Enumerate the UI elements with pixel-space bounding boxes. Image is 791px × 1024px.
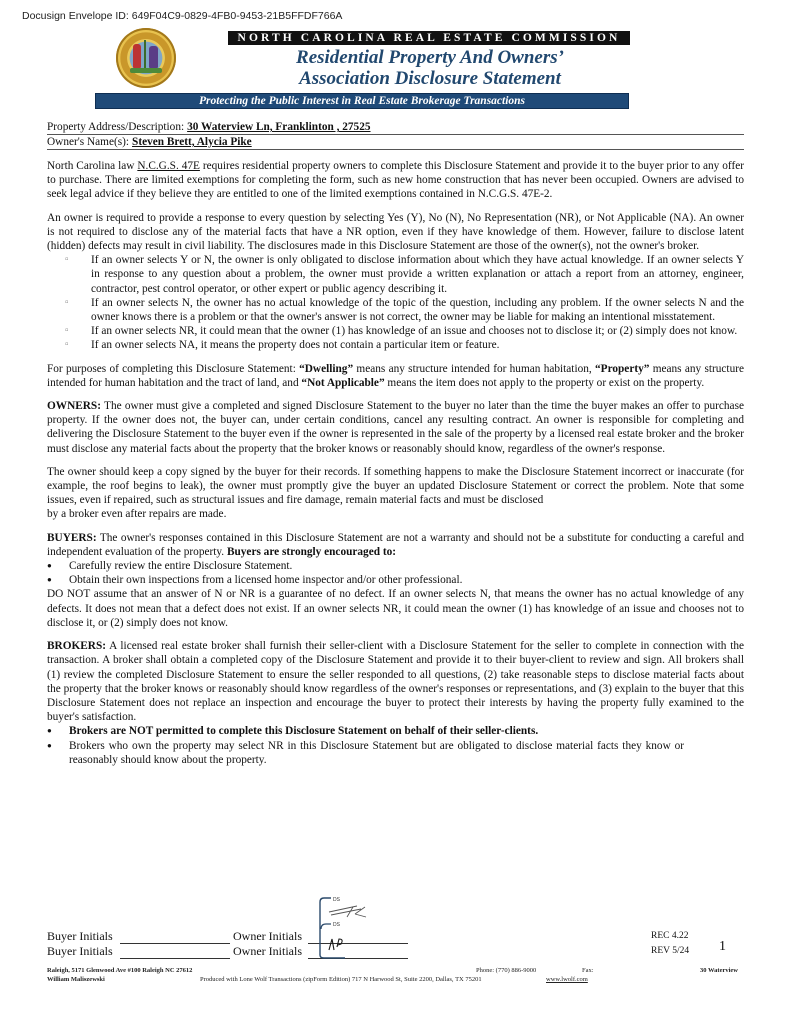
buyers-encourage: Buyers are strongly encouraged to:	[227, 546, 396, 558]
footer-file-name: 30 Waterview	[700, 967, 738, 976]
footer-agent: William Maliszewski	[47, 976, 105, 985]
owners-heading: OWNERS:	[47, 400, 101, 412]
intro-text: North Carolina law	[47, 160, 137, 172]
list-item: Brokers are NOT permitted to complete th…	[69, 724, 744, 738]
list-item: If an owner selects NR, it could mean th…	[91, 324, 744, 338]
brokers-paragraph: BROKERS: A licensed real estate broker s…	[47, 639, 744, 724]
owners-paragraph: OWNERS: The owner must give a completed …	[47, 399, 744, 456]
owners-copy-paragraph: The owner should keep a copy signed by t…	[47, 465, 744, 508]
list-item: If an owner selects Y or N, the owner is…	[91, 253, 744, 296]
form-revision: REC 4.22 REV 5/24	[651, 929, 689, 959]
tagline-banner: Protecting the Public Interest in Real E…	[95, 93, 629, 109]
footer-office: Raleigh, 5171 Glenwood Ave #100 Raleigh …	[47, 967, 192, 976]
def-term-dwelling: “Dwelling”	[299, 363, 353, 375]
def-term-na: “Not Applicable”	[301, 377, 384, 389]
property-address-value[interactable]: 30 Waterview Ln, Franklinton , 27525	[187, 120, 370, 134]
brokers-heading: BROKERS:	[47, 640, 106, 652]
response-bullets: If an owner selects Y or N, the owner is…	[47, 253, 744, 352]
def-text: means the item does not apply to the pro…	[385, 377, 705, 389]
footer-produced: Produced with Lone Wolf Transactions (zi…	[200, 976, 482, 985]
buyers-paragraph: BUYERS: The owner's responses contained …	[47, 531, 744, 559]
list-item: If an owner selects N, the owner has no …	[91, 296, 744, 324]
buyer-initials-field-1[interactable]	[120, 931, 230, 944]
owners-copy-paragraph-end: by a broker even after repairs are made.	[47, 507, 744, 521]
owner-initials-label: Owner Initials	[233, 944, 306, 959]
owners-name-field[interactable]: Owner's Name(s): Steven Brett, Alycia Pi…	[47, 135, 744, 150]
brokers-bullets: Brokers are NOT permitted to complete th…	[47, 724, 744, 767]
footer-fax: Fax:	[582, 967, 594, 976]
nc-seal-icon	[116, 28, 176, 88]
definitions-paragraph: For purposes of completing this Disclosu…	[47, 362, 744, 390]
rec-code: REC 4.22	[651, 929, 689, 944]
list-item: If an owner selects NA, it means the pro…	[91, 338, 744, 352]
property-address-label: Property Address/Description:	[47, 120, 184, 134]
list-item: Brokers who own the property may select …	[69, 739, 744, 767]
statute-link[interactable]: N.C.G.S. 47E	[137, 160, 200, 172]
buyer-initials-label: Buyer Initials	[47, 929, 116, 944]
property-address-field[interactable]: Property Address/Description: 30 Watervi…	[47, 120, 744, 135]
intro-paragraph: North Carolina law N.C.G.S. 47E requires…	[47, 159, 744, 202]
buyers-heading: BUYERS:	[47, 532, 97, 544]
form-title-line2: Association Disclosure Statement	[220, 68, 640, 90]
page-number: 1	[719, 939, 726, 955]
svg-text:DS: DS	[333, 897, 341, 903]
buyers-bullets: Carefully review the entire Disclosure S…	[47, 559, 744, 587]
def-term-property: “Property”	[595, 363, 649, 375]
response-paragraph: An owner is required to provide a respon…	[47, 211, 744, 254]
svg-text:DS: DS	[333, 922, 341, 928]
document-body: Property Address/Description: 30 Watervi…	[47, 120, 744, 767]
footer-phone: Phone: (770) 886-9000	[476, 967, 536, 976]
docusign-initials-stamp-icon: DS DS	[317, 895, 367, 960]
footer-url-link[interactable]: www.lwolf.com	[546, 976, 588, 985]
owners-name-label: Owner's Name(s):	[47, 135, 129, 149]
owners-text: The owner must give a completed and sign…	[47, 400, 744, 455]
list-item: Obtain their own inspections from a lice…	[69, 573, 744, 587]
def-text: means any structure intended for human h…	[353, 363, 595, 375]
brokers-text: A licensed real estate broker shall furn…	[47, 640, 744, 723]
owner-initials-label: Owner Initials	[233, 929, 306, 944]
def-text: For purposes of completing this Disclosu…	[47, 363, 299, 375]
form-title-line1: Residential Property And Owners’	[220, 47, 640, 69]
docusign-envelope-id: Docusign Envelope ID: 649F04C9-0829-4FB0…	[22, 10, 342, 22]
buyer-initials-label: Buyer Initials	[47, 944, 116, 959]
owners-name-value[interactable]: Steven Brett, Alycia Pike	[132, 135, 252, 149]
rev-code: REV 5/24	[651, 944, 689, 959]
commission-header: NORTH CAROLINA REAL ESTATE COMMISSION	[228, 31, 630, 45]
buyers-warning: DO NOT assume that an answer of N or NR …	[47, 587, 744, 630]
buyer-initials-field-2[interactable]	[120, 946, 230, 959]
list-item: Carefully review the entire Disclosure S…	[69, 559, 744, 573]
